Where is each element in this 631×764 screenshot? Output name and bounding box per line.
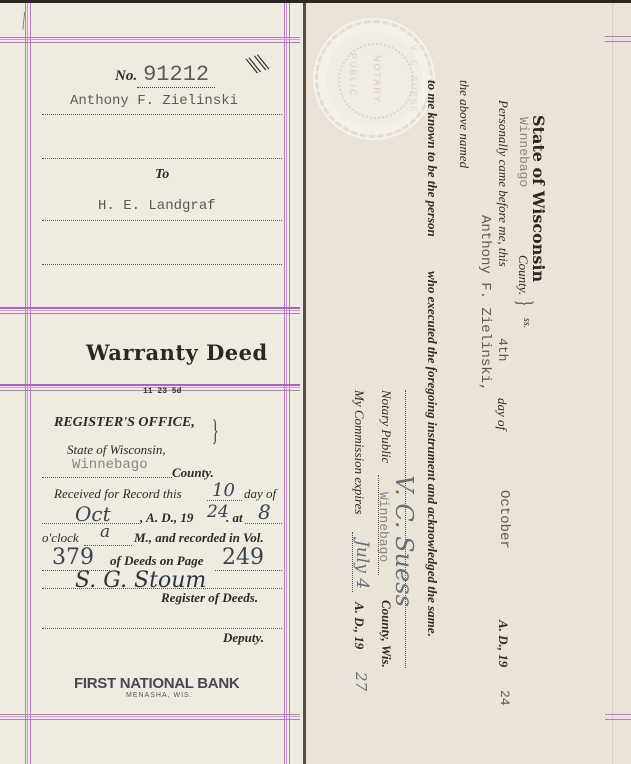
ack-day-of-label: day of	[494, 398, 510, 430]
month-line	[42, 523, 139, 524]
register-title: Register of Deeds.	[161, 590, 258, 606]
number-label: No.	[115, 68, 137, 84]
at-label: . at	[226, 510, 243, 526]
county-line	[42, 477, 172, 478]
ss-label: ss.	[521, 318, 532, 328]
commission-label: My Commission expires	[351, 390, 367, 514]
county-label: County.	[172, 465, 214, 481]
page-line	[215, 570, 282, 571]
seal-center-top: NOTARY	[372, 55, 382, 104]
signature-line	[42, 588, 282, 589]
deeds-page-label: of Deeds on Page	[110, 553, 204, 569]
seal-name: V. C. SUESS	[409, 45, 418, 113]
blank-line-2	[42, 264, 282, 265]
horizontal-rule-title-top	[0, 307, 300, 314]
ack-person-name: Anthony F. Zielinski,	[477, 215, 493, 391]
executed-statement: who executed the foregoing instrument an…	[424, 271, 440, 637]
commission-date: July 4	[352, 540, 372, 589]
personally-came-text: Personally came before me, this	[495, 100, 511, 267]
grantor-name: Anthony F. Zielinski	[70, 93, 238, 109]
ack-year-value: 24	[497, 690, 512, 706]
deed-number: 91212	[137, 62, 215, 88]
page-number: 249	[222, 545, 264, 570]
deputy-line	[42, 628, 282, 629]
deputy-label: Deputy.	[223, 630, 264, 646]
oclock-label: o'clock	[42, 530, 79, 546]
notary-county-value: Winnebago	[376, 492, 391, 562]
ack-day-value: 4th	[495, 338, 510, 361]
notary-signature: V. C. Suess	[390, 475, 418, 607]
notary-county-label: County, Wis.	[378, 600, 394, 668]
form-code: 11 23 5d	[143, 387, 181, 396]
ad-label: , A. D., 19	[140, 510, 193, 526]
rule-stub-bottom	[605, 714, 631, 720]
page-edge	[612, 3, 631, 764]
ack-ad-label: A. D., 19	[495, 620, 511, 667]
brace: }	[212, 414, 219, 448]
notary-public-label: Notary Public	[378, 390, 394, 463]
day-line	[207, 500, 242, 501]
received-hour: 8	[258, 500, 271, 524]
rule-stub-top	[605, 36, 631, 42]
bank-stamp-name: FIRST NATIONAL BANK	[74, 675, 239, 692]
meridiem: a	[100, 522, 110, 542]
horizontal-rule-top	[0, 37, 300, 43]
hour-line	[245, 523, 282, 524]
received-prefix: Received for Record this	[54, 486, 182, 502]
blank-line-1	[42, 158, 282, 159]
ack-county-label: County.	[515, 255, 531, 295]
county-value: Winnebago	[72, 457, 148, 473]
horizontal-rule-bottom	[0, 714, 300, 720]
register-office-heading: REGISTER'S OFFICE,	[54, 415, 195, 431]
grantor-line	[42, 114, 282, 115]
ack-brace: }	[512, 300, 538, 306]
document-title: Warranty Deed	[86, 340, 268, 365]
commission-ad-label: A. D., 19	[351, 602, 367, 649]
seal-center-bottom: PUBLIC	[348, 53, 358, 98]
above-named-label: the above named	[456, 80, 472, 168]
ack-state-heading: State of Wisconsin	[529, 115, 548, 282]
notary-seal-embossed: NOTARY PUBLIC V. C. SUESS	[315, 20, 433, 138]
received-day: 10	[212, 480, 235, 501]
state-label: State of Wisconsin,	[67, 442, 166, 458]
commission-year: 27	[352, 672, 370, 691]
bank-stamp-location: MENASHA, WIS.	[126, 692, 193, 699]
ack-county-value: Winnebago	[516, 117, 531, 187]
ack-month-value: October	[496, 490, 512, 549]
known-statement: to me known to be the person	[424, 80, 440, 237]
deed-number-line: No.91212	[115, 62, 215, 87]
grantee-name: H. E. Landgraf	[98, 198, 216, 214]
grantee-line	[42, 220, 282, 221]
recorded-label: M., and recorded in Vol.	[134, 530, 264, 546]
to-label: To	[155, 167, 169, 183]
volume-number: 379	[52, 545, 94, 570]
